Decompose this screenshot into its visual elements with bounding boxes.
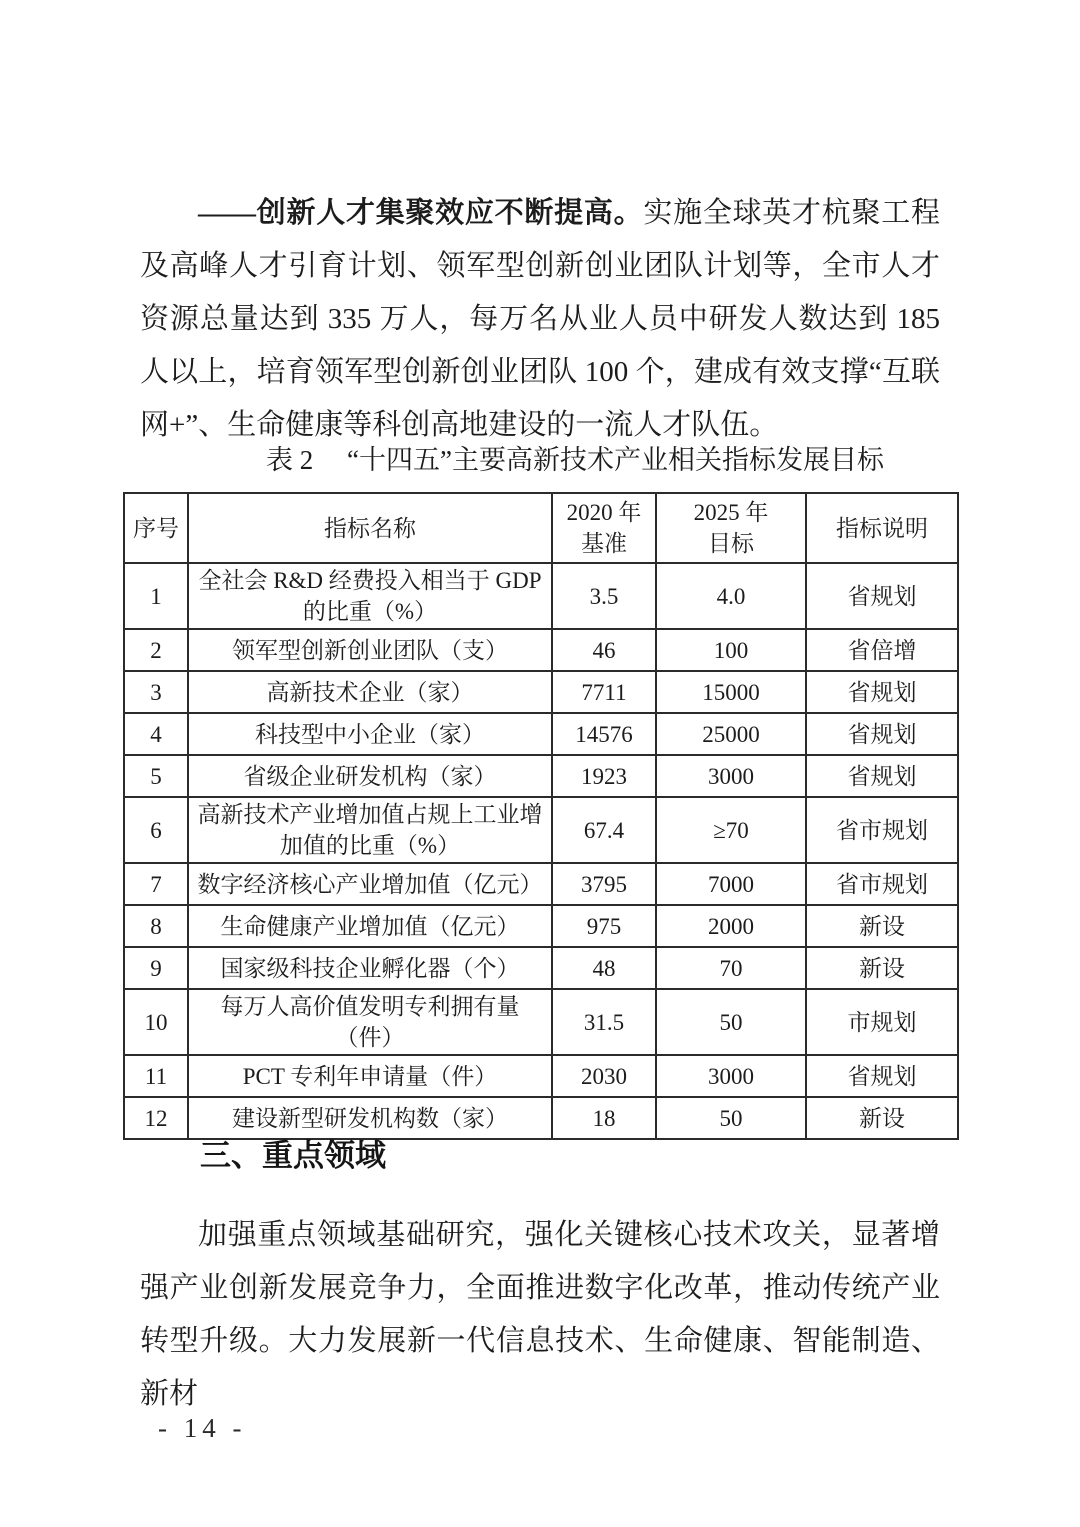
cell-note: 省市规划 (806, 797, 958, 863)
header-no: 序号 (124, 493, 188, 563)
table-row: 8 生命健康产业增加值（亿元） 975 2000 新设 (124, 905, 958, 947)
cell-2020: 46 (552, 629, 656, 671)
header-2020: 2020 年 基准 (552, 493, 656, 563)
cell-2020: 48 (552, 947, 656, 989)
table-row: 10 每万人高价值发明专利拥有量（件） 31.5 50 市规划 (124, 989, 958, 1055)
cell-note: 省规划 (806, 1055, 958, 1097)
cell-2025: 50 (656, 1097, 806, 1139)
cell-2025: 2000 (656, 905, 806, 947)
cell-name: 国家级科技企业孵化器（个） (188, 947, 552, 989)
cell-no: 1 (124, 563, 188, 629)
cell-no: 12 (124, 1097, 188, 1139)
table-header-row: 序号 指标名称 2020 年 基准 2025 年 目标 指标说明 (124, 493, 958, 563)
cell-2025: 15000 (656, 671, 806, 713)
cell-name: 领军型创新创业团队（支） (188, 629, 552, 671)
cell-2020: 975 (552, 905, 656, 947)
cell-2025: 7000 (656, 863, 806, 905)
cell-2025: 4.0 (656, 563, 806, 629)
cell-name: 高新技术产业增加值占规上工业增加值的比重（%） (188, 797, 552, 863)
table-row: 7 数字经济核心产业增加值（亿元） 3795 7000 省市规划 (124, 863, 958, 905)
cell-2020: 1923 (552, 755, 656, 797)
indicators-table: 序号 指标名称 2020 年 基准 2025 年 目标 指标说明 1 全社会 R… (123, 492, 959, 1140)
cell-note: 省规划 (806, 755, 958, 797)
cell-2020: 3795 (552, 863, 656, 905)
table-row: 2 领军型创新创业团队（支） 46 100 省倍增 (124, 629, 958, 671)
cell-2025: ≥70 (656, 797, 806, 863)
cell-no: 3 (124, 671, 188, 713)
cell-2025: 3000 (656, 755, 806, 797)
cell-name: 生命健康产业增加值（亿元） (188, 905, 552, 947)
table-row: 12 建设新型研发机构数（家） 18 50 新设 (124, 1097, 958, 1139)
cell-note: 省倍增 (806, 629, 958, 671)
cell-no: 11 (124, 1055, 188, 1097)
document-page: ——创新人才集聚效应不断提高。实施全球英才杭聚工程及高峰人才引育计划、领军型创新… (0, 0, 1080, 1527)
cell-2025: 70 (656, 947, 806, 989)
cell-note: 省市规划 (806, 863, 958, 905)
paragraph-talent-body: 实施全球英才杭聚工程及高峰人才引育计划、领军型创新创业团队计划等，全市人才资源总… (140, 197, 940, 441)
page-number: - 14 - (158, 1413, 246, 1444)
cell-2020: 7711 (552, 671, 656, 713)
cell-name: 高新技术企业（家） (188, 671, 552, 713)
cell-note: 省规划 (806, 671, 958, 713)
cell-name: 省级企业研发机构（家） (188, 755, 552, 797)
section-heading-key-areas: 三、重点领域 (200, 1134, 386, 1178)
header-note: 指标说明 (806, 493, 958, 563)
cell-name: 数字经济核心产业增加值（亿元） (188, 863, 552, 905)
cell-no: 10 (124, 989, 188, 1055)
cell-2020: 18 (552, 1097, 656, 1139)
paragraph-talent-lead: ——创新人才集聚效应不断提高。 (198, 197, 643, 229)
cell-2025: 25000 (656, 713, 806, 755)
cell-2020: 31.5 (552, 989, 656, 1055)
table-row: 3 高新技术企业（家） 7711 15000 省规划 (124, 671, 958, 713)
table-row: 1 全社会 R&D 经费投入相当于 GDP 的比重（%） 3.5 4.0 省规划 (124, 563, 958, 629)
paragraph-key-areas: 加强重点领域基础研究，强化关键核心技术攻关，显著增强产业创新发展竞争力，全面推进… (140, 1209, 940, 1421)
cell-note: 新设 (806, 947, 958, 989)
cell-2020: 67.4 (552, 797, 656, 863)
cell-note: 省规划 (806, 563, 958, 629)
cell-2020: 3.5 (552, 563, 656, 629)
cell-2025: 100 (656, 629, 806, 671)
paragraph-talent: ——创新人才集聚效应不断提高。实施全球英才杭聚工程及高峰人才引育计划、领军型创新… (140, 187, 940, 452)
cell-2020: 2030 (552, 1055, 656, 1097)
cell-name: 全社会 R&D 经费投入相当于 GDP 的比重（%） (188, 563, 552, 629)
cell-no: 8 (124, 905, 188, 947)
table-row: 11 PCT 专利年申请量（件） 2030 3000 省规划 (124, 1055, 958, 1097)
table-caption: 表 2 “十四五”主要高新技术产业相关指标发展目标 (123, 440, 957, 480)
table-row: 4 科技型中小企业（家） 14576 25000 省规划 (124, 713, 958, 755)
table-row: 6 高新技术产业增加值占规上工业增加值的比重（%） 67.4 ≥70 省市规划 (124, 797, 958, 863)
cell-name: PCT 专利年申请量（件） (188, 1055, 552, 1097)
cell-name: 科技型中小企业（家） (188, 713, 552, 755)
table-row: 5 省级企业研发机构（家） 1923 3000 省规划 (124, 755, 958, 797)
cell-no: 9 (124, 947, 188, 989)
cell-no: 5 (124, 755, 188, 797)
table-row: 9 国家级科技企业孵化器（个） 48 70 新设 (124, 947, 958, 989)
header-2025: 2025 年 目标 (656, 493, 806, 563)
cell-name: 建设新型研发机构数（家） (188, 1097, 552, 1139)
cell-2025: 3000 (656, 1055, 806, 1097)
cell-2020: 14576 (552, 713, 656, 755)
header-name: 指标名称 (188, 493, 552, 563)
cell-note: 新设 (806, 1097, 958, 1139)
cell-no: 2 (124, 629, 188, 671)
cell-note: 新设 (806, 905, 958, 947)
cell-no: 7 (124, 863, 188, 905)
cell-no: 4 (124, 713, 188, 755)
cell-note: 市规划 (806, 989, 958, 1055)
cell-2025: 50 (656, 989, 806, 1055)
cell-note: 省规划 (806, 713, 958, 755)
cell-name: 每万人高价值发明专利拥有量（件） (188, 989, 552, 1055)
cell-no: 6 (124, 797, 188, 863)
